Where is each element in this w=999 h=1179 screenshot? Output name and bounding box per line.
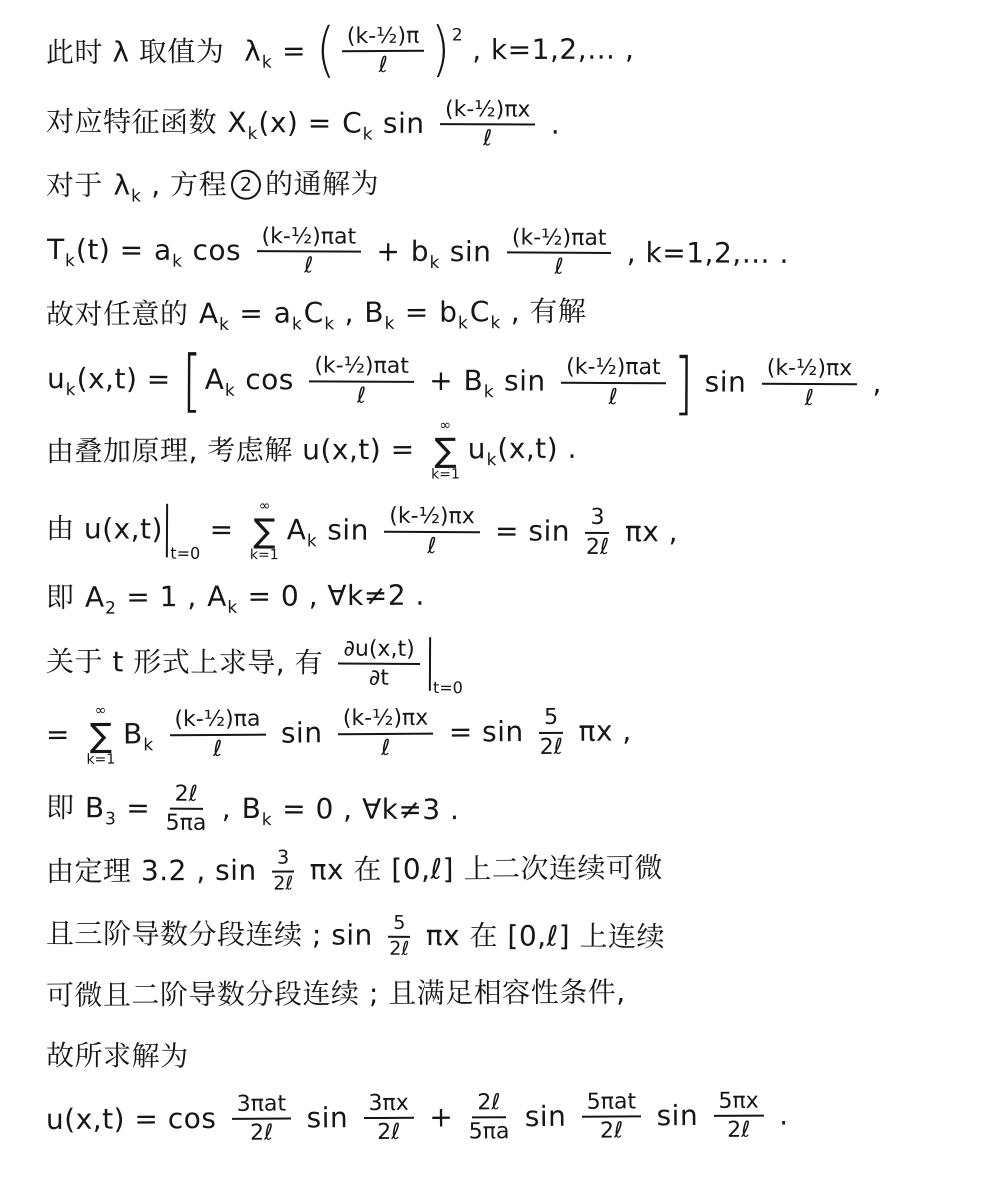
variable-base: a	[274, 298, 291, 329]
variable-subscript: k	[172, 253, 182, 272]
variable-subscript: k	[458, 314, 468, 333]
text-run: sin	[271, 718, 332, 749]
text-run: =	[117, 793, 160, 824]
fraction-numerator: (k-½)πx	[338, 706, 434, 735]
fraction: 52ℓ	[539, 705, 563, 760]
summation: ∞∑k=1	[250, 499, 279, 562]
variable: bk	[439, 297, 468, 328]
fraction-denominator: 2ℓ	[377, 1119, 400, 1145]
big-bracket: [	[182, 343, 202, 418]
fraction-denominator: 2ℓ	[273, 873, 293, 896]
math-line: 由叠加原理, 考虑解 u(x,t) = ∞∑k=1uk(x,t) .	[46, 415, 989, 484]
fraction-numerator: (k-½)πa	[169, 707, 265, 736]
fraction-denominator: ℓ	[427, 533, 436, 559]
math-line: 由定理 3.2 , sin 32ℓ πx 在 [0,ℓ] 上二次连续可微	[46, 844, 989, 897]
text-run: , k=1,2,… ,	[463, 34, 635, 66]
sigma-icon: ∑	[434, 434, 456, 467]
variable: Bk	[123, 719, 153, 750]
variable-subscript: 3	[105, 810, 116, 829]
fraction-numerator: 3πx	[363, 1091, 413, 1120]
fraction: 32ℓ	[272, 848, 294, 896]
text-run: 关于 t 形式上求导, 有	[46, 647, 333, 679]
fraction: (k-½)πatℓ	[309, 354, 414, 409]
variable: Ak	[205, 365, 235, 396]
variable-subscript: k	[66, 381, 76, 400]
text-run: sin	[647, 1101, 708, 1132]
text-run: = sin	[439, 717, 533, 748]
big-bracket: ]	[673, 345, 693, 420]
math-line: 关于 t 形式上求导, 有 ∂u(x,t)∂tt=0	[46, 635, 989, 695]
fraction: 2ℓ5πa	[468, 1090, 509, 1145]
variable-subscript: k	[429, 254, 439, 273]
fraction-denominator: 2ℓ	[586, 534, 609, 560]
variable-base: A	[205, 365, 224, 396]
fraction-denominator: ℓ	[483, 125, 492, 151]
text-run: cos	[183, 236, 251, 267]
fraction-numerator: (k-½)πat	[309, 354, 414, 383]
variable-base: T	[47, 235, 64, 266]
variable-base: u	[468, 435, 486, 466]
superscript: 2	[452, 26, 463, 45]
fraction-denominator: ℓ	[357, 382, 366, 408]
vertical-bar-icon	[166, 503, 169, 557]
variable: bk	[411, 237, 440, 268]
text-run: = 1 ,	[117, 582, 206, 613]
text-run: ,	[863, 368, 882, 399]
fraction: (k-½)πaℓ	[169, 707, 265, 762]
summation: ∞∑k=1	[431, 419, 460, 482]
variable-subscript: k	[292, 315, 302, 334]
text-run: =	[200, 515, 243, 546]
variable-subscript: k	[307, 533, 317, 552]
text-run	[154, 719, 164, 750]
text-run: +	[420, 1102, 463, 1133]
text-run: 对应特征函数	[46, 106, 227, 138]
fraction-numerator: (k-½)πx	[762, 356, 858, 385]
variable-base: B	[85, 793, 104, 824]
variable: λk	[244, 37, 272, 68]
fraction-denominator: 2ℓ	[250, 1120, 273, 1146]
text-run: = sin	[486, 517, 580, 548]
variable-subscript: k	[262, 811, 272, 830]
variable: Ak	[287, 516, 317, 547]
variable-subscript: 2	[105, 599, 116, 618]
variable-base: A	[199, 298, 218, 329]
math-line: 即 B3 = 2ℓ5πa , Bk = 0 , ∀k≠3 .	[46, 781, 989, 841]
fraction-denominator: 2ℓ	[600, 1118, 623, 1144]
variable: A2	[85, 582, 116, 613]
variable: Ak	[199, 298, 229, 329]
sigma-icon: ∑	[90, 718, 112, 751]
math-line: 故对任意的 Ak = akCk , Bk = bkCk , 有解	[46, 286, 989, 338]
sigma-icon: ∑	[253, 514, 275, 547]
text-run: 可微且二阶导数分段连续 ; 且满足相容性条件,	[46, 977, 626, 1011]
text-run: ,	[212, 794, 240, 825]
variable-subscript: k	[131, 187, 141, 206]
variable-subscript: k	[385, 314, 395, 333]
math-lines: 此时 λ 取值为 λk = ((k-½)πℓ)2 , k=1,2,… ,对应特征…	[46, 26, 989, 1147]
fraction-numerator: 5πat	[582, 1089, 642, 1118]
variable: λk	[113, 170, 141, 201]
sum-lower-limit: k=1	[431, 468, 460, 482]
fraction: 5πx2ℓ	[713, 1088, 764, 1143]
variable-base: C	[304, 298, 324, 329]
variable-subscript: k	[487, 452, 497, 471]
fraction: 2ℓ5πa	[166, 781, 207, 836]
fraction-denominator: ℓ	[381, 734, 390, 760]
text-run: cos	[236, 365, 304, 396]
fraction: 3πat2ℓ	[232, 1091, 292, 1146]
text-run: =	[46, 720, 80, 751]
variable-base: b	[439, 297, 457, 328]
fraction-denominator: 2ℓ	[540, 733, 563, 759]
text-run: .	[770, 1100, 789, 1131]
math-line: 由 u(x,t)t=0 = ∞∑k=1Ak sin (k-½)πxℓ = sin…	[46, 498, 989, 566]
variable-subscript: k	[324, 315, 334, 334]
math-line: u(x,t) = cos 3πat2ℓ sin 3πx2ℓ + 2ℓ5πa si…	[46, 1087, 989, 1147]
math-line: 可微且二阶导数分段连续 ; 且满足相容性条件,	[46, 967, 989, 1019]
fraction: (k-½)πatℓ	[507, 226, 612, 281]
text-run: 的通解为	[265, 169, 379, 200]
fraction: (k-½)πatℓ	[256, 224, 361, 279]
fraction-denominator: ℓ	[304, 253, 313, 279]
variable: uk	[468, 435, 497, 466]
fraction: (k-½)πxℓ	[440, 97, 536, 152]
math-line: 故所求解为	[46, 1033, 989, 1084]
big-paren: )	[431, 18, 450, 84]
fraction: (k-½)πxℓ	[338, 706, 434, 761]
text-run: πx ,	[615, 517, 678, 548]
variable-base: X	[227, 107, 246, 138]
text-run: sin	[695, 367, 756, 398]
variable: Xk	[227, 107, 257, 138]
text-run: , 有解	[501, 296, 586, 327]
variable: Bk	[242, 794, 272, 825]
variable-base: B	[364, 297, 383, 328]
variable-base: λ	[113, 170, 130, 201]
variable: ak	[154, 236, 182, 267]
text-run: +	[367, 237, 410, 268]
circled-number: 2	[231, 170, 261, 200]
eval-subscript: t=0	[433, 679, 463, 697]
text-run: u(x,t) = cos	[46, 1104, 226, 1136]
fraction-numerator: 3	[272, 848, 294, 873]
text-run: sin	[440, 237, 501, 268]
text-run: sin	[373, 108, 434, 139]
text-run: (x,t) .	[497, 434, 577, 465]
variable: Ck	[470, 297, 501, 328]
fraction-numerator: 5	[539, 705, 563, 733]
text-run: 即	[46, 793, 84, 824]
fraction-numerator: (k-½)πat	[507, 226, 612, 255]
fraction: 3πx2ℓ	[363, 1091, 414, 1146]
fraction-denominator: 2ℓ	[727, 1117, 750, 1143]
variable-base: A	[287, 516, 306, 547]
summation: ∞∑k=1	[86, 703, 115, 766]
variable-subscript: k	[65, 252, 75, 271]
variable-subscript: k	[247, 125, 257, 144]
math-line: uk(x,t) = [Ak cos (k-½)πatℓ + Bk sin (k-…	[46, 352, 989, 412]
math-line: 即 A2 = 1 , Ak = 0 , ∀k≠2 .	[46, 569, 989, 621]
variable-base: b	[411, 237, 429, 268]
text-run: 故所求解为	[46, 1040, 189, 1072]
text-run: (x,t) =	[77, 364, 181, 395]
text-run: sin	[515, 1101, 576, 1132]
variable-subscript: k	[262, 54, 272, 73]
variable-base: a	[154, 236, 171, 267]
text-run: πx ,	[569, 716, 632, 747]
fraction-denominator: ℓ	[805, 384, 814, 410]
text-run: 由定理 3.2 , sin	[46, 856, 266, 888]
variable: Bk	[364, 297, 394, 328]
variable-subscript: k	[225, 382, 235, 401]
variable-base: B	[463, 366, 482, 397]
fraction: 52ℓ	[388, 913, 410, 961]
fraction: (k-½)πxℓ	[762, 356, 858, 411]
fraction-denominator: 2ℓ	[389, 938, 409, 961]
variable-subscript: k	[484, 383, 494, 402]
text-run: 由叠加原理, 考虑解 u(x,t) =	[46, 435, 424, 468]
text-run: sin	[297, 1103, 358, 1134]
fraction-numerator: (k-½)π	[342, 24, 425, 53]
fraction: 32ℓ	[585, 505, 609, 560]
fraction-numerator: 5πx	[713, 1088, 763, 1117]
text-run: πx 在 [0,ℓ] 上二次连续可微	[300, 854, 663, 887]
text-run: , k=1,2,… .	[617, 238, 789, 270]
variable: Bk	[463, 366, 493, 397]
variable-subscript: k	[143, 736, 153, 755]
math-line: 且三阶导数分段连续 ; sin 52ℓ πx 在 [0,ℓ] 上连续	[46, 911, 989, 964]
text-run: = 0 , ∀k≠2 .	[238, 580, 425, 612]
math-line: 此时 λ 取值为 λk = ((k-½)πℓ)2 , k=1,2,… ,	[46, 20, 989, 80]
text-run: ,	[335, 297, 363, 328]
variable-subscript: k	[363, 125, 373, 144]
fraction-numerator: (k-½)πx	[384, 504, 480, 533]
variable: Ck	[342, 108, 373, 139]
text-run: , 方程	[142, 170, 227, 201]
variable-subscript: k	[490, 314, 500, 333]
sum-lower-limit: k=1	[86, 752, 115, 766]
text-run: +	[420, 366, 463, 397]
fraction-denominator: ℓ	[609, 383, 618, 409]
text-run: sin	[318, 516, 379, 547]
fraction-numerator: (k-½)πat	[561, 355, 666, 384]
fraction-denominator: ∂t	[369, 665, 389, 691]
text-run: =	[230, 298, 273, 329]
fraction-numerator: 2ℓ	[170, 781, 203, 809]
fraction: 5πat2ℓ	[582, 1089, 642, 1144]
variable-base: A	[85, 582, 104, 613]
math-line: Tk(t) = ak cos (k-½)πatℓ + bk sin (k-½)π…	[46, 223, 989, 283]
fraction-numerator: ∂u(x,t)	[338, 637, 419, 666]
text-run: 由 u(x,t)	[46, 514, 163, 545]
text-run: .	[541, 109, 560, 140]
variable-base: C	[342, 108, 362, 139]
fraction-numerator: 5	[388, 913, 410, 938]
variable-subscript: k	[219, 315, 229, 334]
text-run: sin	[495, 366, 556, 397]
eval-subscript: t=0	[170, 545, 200, 563]
fraction-denominator: ℓ	[213, 735, 222, 761]
fraction: (k-½)πℓ	[342, 24, 425, 79]
math-line: 对应特征函数 Xk(x) = Ck sin (k-½)πxℓ .	[46, 95, 989, 155]
fraction-denominator: ℓ	[379, 52, 388, 78]
variable: ak	[274, 298, 302, 329]
fraction: ∂u(x,t)∂t	[338, 637, 419, 692]
fraction-numerator: 3πat	[232, 1091, 292, 1120]
big-paren: (	[316, 19, 335, 85]
text-run: 对于	[46, 170, 113, 201]
fraction-numerator: (k-½)πx	[440, 97, 536, 126]
variable-subscript: k	[227, 599, 237, 618]
variable-base: B	[123, 719, 142, 750]
math-line: = ∞∑k=1Bk (k-½)πaℓ sin (k-½)πxℓ = sin 52…	[46, 698, 989, 767]
text-run: (x) =	[258, 108, 341, 139]
variable: uk	[47, 364, 76, 395]
variable: Tk	[47, 235, 75, 266]
variable: Ak	[207, 582, 237, 613]
variable-base: B	[242, 794, 261, 825]
handwritten-notes-page: 此时 λ 取值为 λk = ((k-½)πℓ)2 , k=1,2,… ,对应特征…	[0, 0, 999, 1179]
text-run: =	[395, 297, 438, 328]
text-run: (t) =	[76, 235, 153, 266]
text-run: 且三阶导数分段连续 ; sin	[46, 920, 382, 953]
variable-base: A	[207, 582, 226, 613]
text-run: πx 在 [0,ℓ] 上连续	[416, 921, 665, 953]
text-run: = 0 , ∀k≠3 .	[273, 794, 460, 826]
fraction-denominator: 5πa	[469, 1118, 510, 1145]
text-run: 故对任意的	[46, 298, 198, 330]
evaluation-bar: t=0	[428, 638, 463, 692]
variable: Ck	[304, 298, 335, 329]
fraction: (k-½)πxℓ	[384, 504, 480, 559]
variable: B3	[85, 793, 116, 824]
text-run: 此时 λ 取值为	[46, 37, 243, 69]
text-run: =	[273, 36, 316, 67]
evaluation-bar: t=0	[166, 503, 201, 557]
variable-base: u	[47, 364, 65, 395]
text-run: 即	[46, 583, 84, 614]
sum-lower-limit: k=1	[250, 548, 279, 562]
variable-base: C	[470, 297, 490, 328]
fraction-numerator: 2ℓ	[472, 1090, 505, 1118]
variable-base: λ	[244, 37, 261, 68]
fraction-numerator: 3	[585, 505, 609, 533]
fraction-numerator: (k-½)πat	[257, 224, 362, 253]
fraction-denominator: ℓ	[554, 254, 563, 280]
fraction: (k-½)πatℓ	[561, 355, 666, 410]
math-line: 对于 λk , 方程2的通解为	[46, 157, 989, 209]
fraction-denominator: 5πa	[166, 810, 207, 837]
vertical-bar-icon	[428, 638, 431, 692]
